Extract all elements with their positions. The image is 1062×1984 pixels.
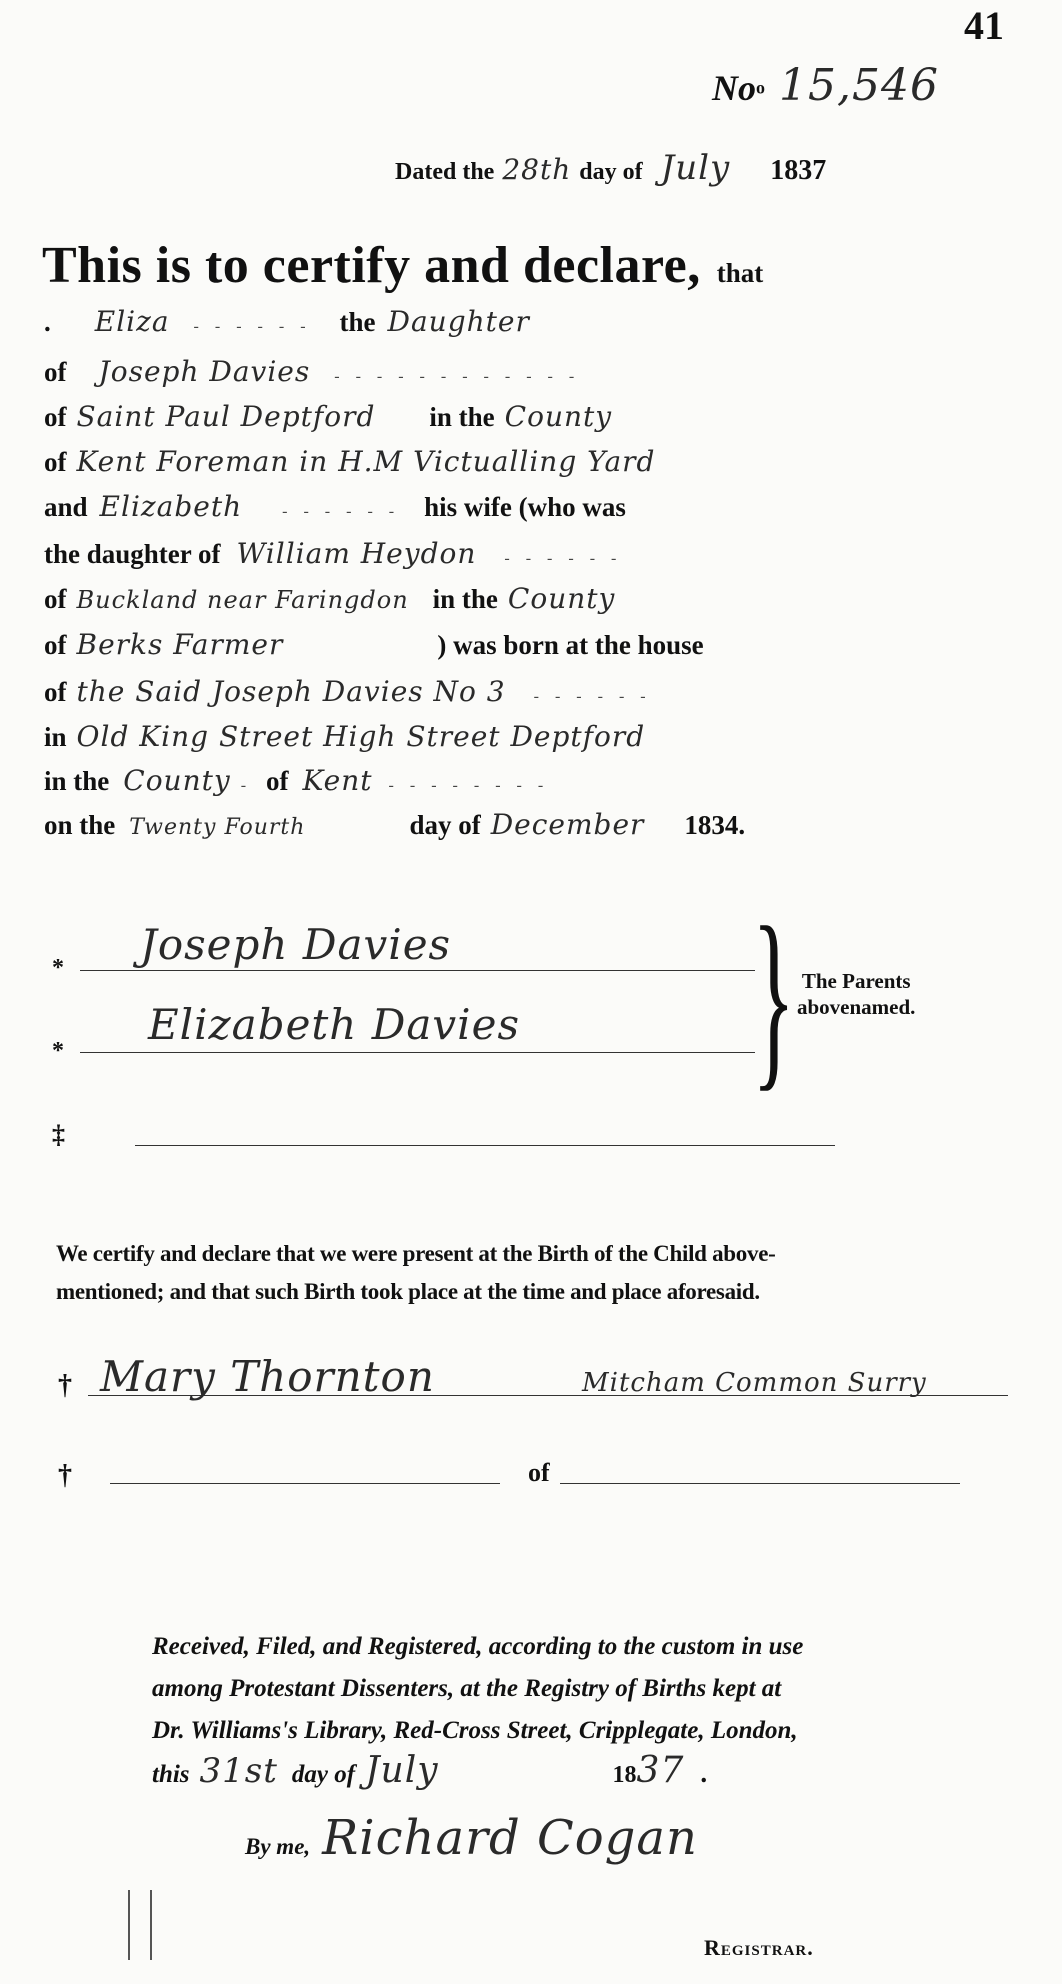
dated-line: Dated the 28th day of July 1837: [395, 148, 826, 188]
of-label: of: [44, 584, 67, 614]
county-word: County: [508, 582, 615, 615]
father-signature: Joseph Davies: [140, 920, 451, 969]
witness-signature-line-2: [110, 1483, 500, 1484]
in-the-label: in the: [429, 402, 494, 432]
street-line: in Old King Street High Street Deptford: [44, 720, 645, 753]
registrar-signature-line: By me, Richard Cogan: [245, 1810, 698, 1866]
maternal-grandfather: William Heydon: [237, 537, 477, 570]
certificate-headline: This is to certify and declare,: [42, 237, 701, 294]
witness1-name: Mary Thornton: [100, 1352, 435, 1401]
registration-line3: Dr. Williams's Library, Red-Cross Street…: [152, 1710, 803, 1752]
witness-statement: We certify and declare that we were pres…: [56, 1235, 775, 1311]
certificate-number: Noo 15,546: [712, 60, 939, 111]
grandfather-place-line: of Buckland near Faringdon in the County: [44, 582, 615, 615]
parents-label-line1: The Parents: [797, 968, 915, 994]
born-at-label: ) was born at the house: [437, 630, 703, 660]
birth-year: 1834.: [684, 810, 745, 840]
dated-prefix: Dated the: [395, 159, 494, 185]
street: Old King Street High Street Deptford: [77, 720, 646, 753]
parish: Saint Paul Deptford: [77, 400, 376, 433]
in-the-label: in the: [44, 766, 109, 796]
witness1-place: Mitcham Common Surry: [582, 1368, 927, 1398]
star-marker: *: [52, 955, 64, 982]
in-label: in: [44, 722, 67, 752]
of-label: of: [266, 766, 289, 796]
grandfather-county-line: of Berks Farmer ) was born at the house: [44, 628, 704, 661]
number-value: 15,546: [779, 60, 939, 111]
registration-text: Received, Filed, and Registered, accordi…: [152, 1626, 803, 1752]
house-line: of the Said Joseph Davies No 3 - - - - -…: [44, 675, 652, 708]
registration-day: 31st: [200, 1751, 278, 1791]
grandfather-place: Buckland near Faringdon: [77, 586, 409, 614]
registration-year-prefix: 18: [613, 1762, 637, 1788]
father-county-occupation: Kent Foreman in H.M Victualling Yard: [77, 445, 656, 478]
registration-line2: among Protestant Dissenters, at the Regi…: [152, 1668, 803, 1710]
this-label: this: [152, 1761, 190, 1788]
registration-month: July: [365, 1750, 438, 1791]
day-of-label: day of: [409, 810, 480, 840]
certificate-headline-line: This is to certify and declare, that: [42, 236, 763, 295]
grandfather-county-occupation: Berks Farmer: [77, 628, 284, 661]
that-label: that: [717, 258, 764, 288]
of-label: of: [44, 447, 67, 477]
of-label: of: [44, 357, 67, 387]
parent-signature-line-2: [80, 1052, 755, 1053]
witness-statement-line2: mentioned; and that such Birth took plac…: [56, 1273, 775, 1311]
daughter-of-label: the daughter of: [44, 539, 221, 569]
father-county-line: of Kent Foreman in H.M Victualling Yard: [44, 445, 655, 478]
on-the-label: on the: [44, 810, 115, 840]
mother-signature: Elizabeth Davies: [148, 1000, 520, 1049]
dagger-marker: †: [58, 1460, 72, 1492]
child-line: . Eliza - - - - - - the Daughter: [44, 305, 944, 338]
margin-marks: [128, 1890, 152, 1960]
period: .: [700, 1758, 707, 1788]
dated-day: 28th: [502, 153, 571, 186]
county-word: County: [505, 400, 612, 433]
number-label: No: [712, 68, 756, 108]
parent-signature-line-1: [80, 970, 755, 971]
his-wife-label: his wife (who was: [424, 492, 626, 522]
witness-place-line-2: [560, 1483, 960, 1484]
double-dagger-marker: ‡: [52, 1120, 65, 1150]
dated-year: 1837: [770, 155, 826, 186]
day-of-label: day of: [292, 1761, 355, 1788]
registrar-title: Registrar.: [704, 1935, 814, 1961]
parish-line: of Saint Paul Deptford in the County: [44, 400, 612, 433]
house-of: the Said Joseph Davies No 3: [77, 675, 506, 708]
parents-label: The Parents abovenamed.: [797, 968, 915, 1020]
relation: Daughter: [388, 305, 530, 338]
dated-day-of: day of: [579, 159, 642, 185]
dated-month: July: [661, 148, 731, 188]
of-label: of: [44, 630, 67, 660]
parents-label-line2: abovenamed.: [797, 994, 915, 1020]
of-label: of: [44, 677, 67, 707]
the-label: the: [340, 307, 376, 337]
star-marker: *: [52, 1038, 64, 1065]
in-the-label: in the: [433, 584, 498, 614]
father-line: of Joseph Davies - - - - - - - - - - - -: [44, 355, 580, 388]
county-word: County: [123, 764, 230, 797]
and-label: and: [44, 492, 88, 522]
birth-day: Twenty Fourth: [129, 815, 305, 840]
of-label: of: [44, 402, 67, 432]
birth-county: Kent: [303, 764, 373, 797]
by-me-label: By me,: [245, 1834, 310, 1859]
mother-line: and Elizabeth - - - - - - his wife (who …: [44, 490, 944, 523]
dagger-marker: †: [58, 1370, 72, 1402]
page-number: 41: [964, 2, 1004, 49]
birth-month: December: [491, 808, 645, 841]
father-name: Joseph Davies: [99, 355, 311, 388]
registration-year-suffix: 37: [637, 1750, 685, 1791]
child-name: Eliza: [95, 305, 170, 338]
brace-icon: }: [752, 898, 795, 1098]
informant-signature-line: [135, 1145, 835, 1146]
birth-county-line: in the County - of Kent - - - - - - - -: [44, 764, 549, 797]
witness-statement-line1: We certify and declare that we were pres…: [56, 1235, 775, 1273]
registrar-signature: Richard Cogan: [322, 1810, 698, 1866]
of-label: of: [528, 1458, 550, 1488]
mother-name: Elizabeth: [100, 490, 243, 523]
grandfather-line: the daughter of William Heydon - - - - -…: [44, 537, 622, 570]
registration-line1: Received, Filed, and Registered, accordi…: [152, 1626, 803, 1668]
registration-date-line: this 31st day of July 1837 .: [152, 1750, 707, 1791]
birth-date-line: on the Twenty Fourth day of December 183…: [44, 808, 745, 841]
